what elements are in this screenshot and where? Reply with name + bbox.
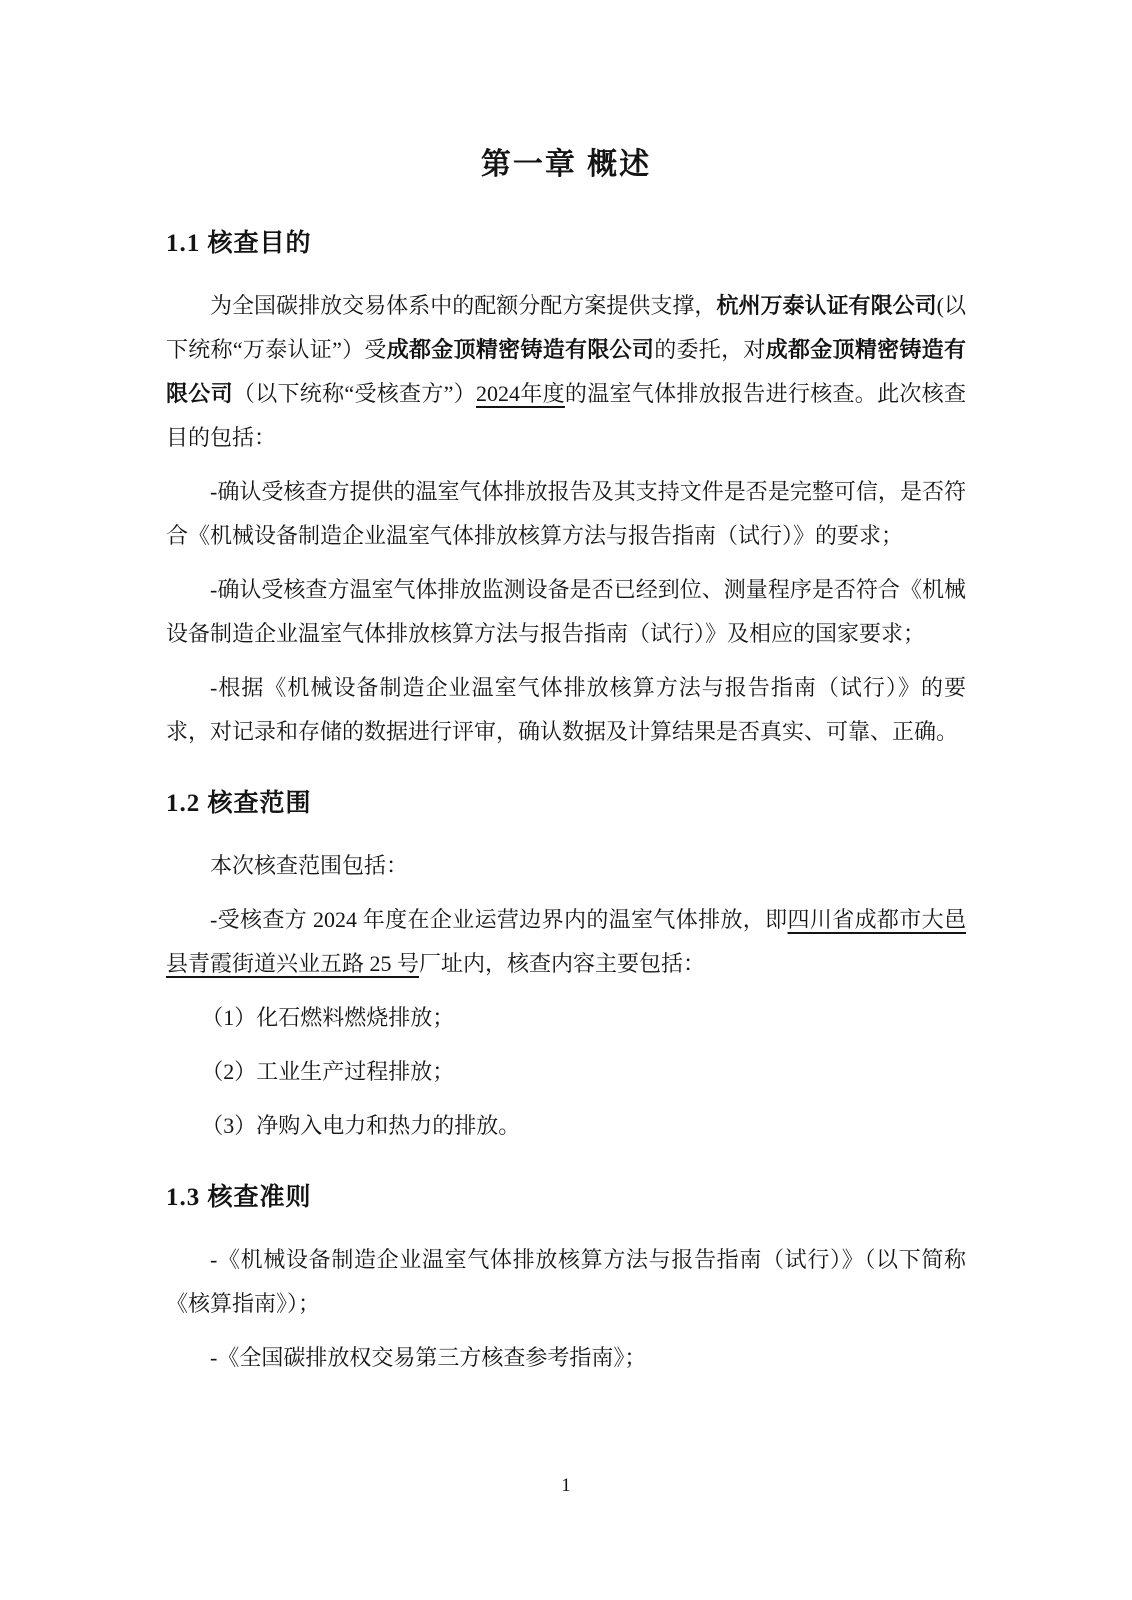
- scope-list-item-industrial-process: （2）工业生产过程排放；: [166, 1050, 966, 1094]
- section-heading-verification-purpose: 1.1 核查目的: [166, 228, 966, 260]
- document-content: 第一章 概述 1.1 核查目的 为全国碳排放交易体系中的配额分配方案提供支撑，杭…: [0, 0, 1132, 1380]
- purpose-item-monitoring-equipment: -确认受核查方温室气体排放监测设备是否已经到位、测量程序是否符合《机械设备制造企…: [166, 568, 966, 656]
- chapter-title: 第一章 概述: [166, 146, 966, 184]
- purpose-item-report-credibility: -确认受核查方提供的温室气体排放报告及其支持文件是否是完整可信，是否符合《机械设…: [166, 470, 966, 558]
- client-company-name: 成都金顶精密铸造有限公司: [387, 337, 654, 362]
- purpose-item-data-review: -根据《机械设备制造企业温室气体排放核算方法与报告指南（试行）》的要求，对记录和…: [166, 666, 966, 754]
- purpose-intro-seg6: （以下统称“受核查方”）: [233, 381, 476, 406]
- scope-intro-paragraph: 本次核查范围包括：: [166, 844, 966, 888]
- purpose-intro-paragraph: 为全国碳排放交易体系中的配额分配方案提供支撑，杭州万泰认证有限公司(以下统称“万…: [166, 284, 966, 460]
- purpose-intro-seg4: 的委托，对: [654, 337, 765, 362]
- page-number: 1: [0, 1474, 1132, 1498]
- verifier-company-name: 杭州万泰认证有限公司: [716, 293, 936, 318]
- section-heading-verification-scope: 1.2 核查范围: [166, 788, 966, 820]
- purpose-intro-seg0: 为全国碳排放交易体系中的配额分配方案提供支撑，: [210, 293, 716, 318]
- criteria-item-third-party-reference-guide: -《全国碳排放权交易第三方核查参考指南》；: [166, 1336, 966, 1380]
- scope-boundary-seg0: -受核查方 2024 年度在企业运营边界内的温室气体排放，即: [210, 907, 788, 932]
- scope-list-item-purchased-electricity-heat: （3）净购入电力和热力的排放。: [166, 1104, 966, 1148]
- scope-boundary-paragraph: -受核查方 2024 年度在企业运营边界内的温室气体排放，即四川省成都市大邑县青…: [166, 898, 966, 986]
- document-page: 第一章 概述 1.1 核查目的 为全国碳排放交易体系中的配额分配方案提供支撑，杭…: [0, 0, 1132, 1600]
- scope-boundary-seg2: 厂址内，核查内容主要包括：: [419, 951, 705, 976]
- reporting-year-underlined: 2024年度: [476, 381, 565, 406]
- criteria-item-accounting-guideline: -《机械设备制造企业温室气体排放核算方法与报告指南（试行）》（以下简称《核算指南…: [166, 1238, 966, 1326]
- section-heading-verification-criteria: 1.3 核查准则: [166, 1182, 966, 1214]
- scope-list-item-fossil-fuel: （1）化石燃料燃烧排放；: [166, 996, 966, 1040]
